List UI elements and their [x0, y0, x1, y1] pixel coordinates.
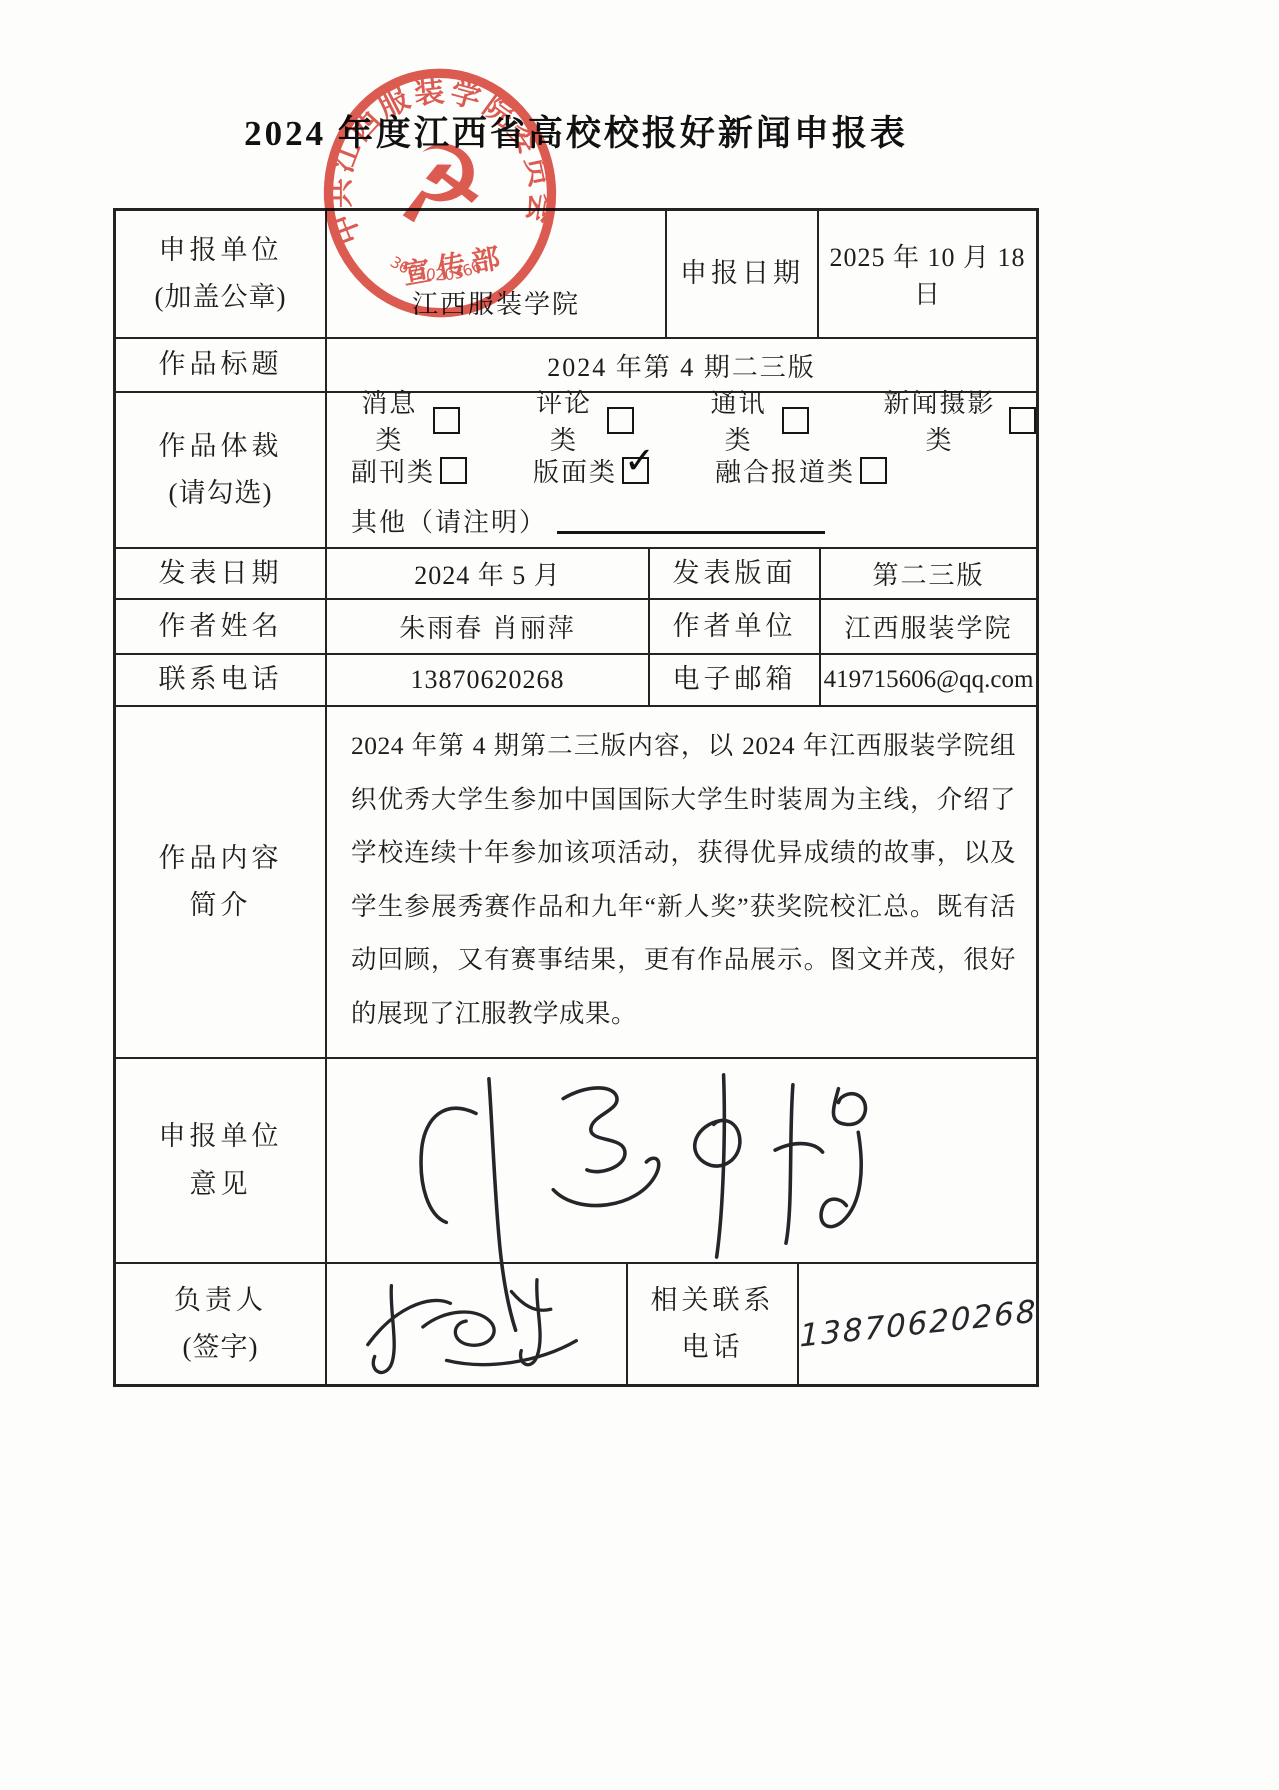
blank-underline [557, 507, 825, 534]
opinion-handwriting-cell [325, 1059, 1036, 1262]
row-summary: 作品内容 简介 2024 年第 4 期第二三版内容，以 2024 年江西服装学院… [116, 705, 1036, 1057]
row-publish: 发表日期 2024 年 5 月 发表版面 第二三版 [116, 547, 1036, 598]
declare-unit-value: 江西服装学院 [325, 211, 665, 337]
application-table: 申报单位 (加盖公章) 江西服装学院 申报日期 2025 年 10 月 18 日… [113, 208, 1039, 1387]
genre-option-checked: 版面类 ✓ [533, 452, 649, 489]
document-title: 2024 年度江西省高校校报好新闻申报表 [113, 106, 1039, 156]
responsible-signature-cell [325, 1264, 626, 1384]
declare-unit-label: 申报单位 (加盖公章) [116, 211, 325, 337]
checkbox [433, 407, 460, 434]
genre-line-1: 消息类 评论类 通讯类 新闻摄影类 [351, 395, 1036, 445]
checkbox [860, 457, 887, 484]
row-declare-unit: 申报单位 (加盖公章) 江西服装学院 申报日期 2025 年 10 月 18 日 [116, 211, 1036, 337]
checkbox [440, 457, 467, 484]
publish-page-value: 第二三版 [819, 549, 1036, 598]
genre-option: 副刊类 [351, 452, 467, 489]
genre-label: 作品体裁 (请勾选) [116, 393, 325, 547]
publish-date-value: 2024 年 5 月 [325, 549, 648, 598]
genre-options: 消息类 评论类 通讯类 新闻摄影类 [325, 393, 1036, 547]
declare-date-label: 申报日期 [665, 211, 817, 337]
genre-option: 融合报道类 [715, 452, 887, 489]
genre-option: 新闻摄影类 [875, 383, 1036, 457]
responsible-signature-handwriting [327, 1264, 626, 1384]
author-name-value: 朱雨春 肖丽萍 [325, 600, 648, 653]
publish-page-label: 发表版面 [648, 549, 819, 598]
contact-phone-label: 联系电话 [116, 655, 325, 705]
summary-text: 2024 年第 4 期第二三版内容，以 2024 年江西服装学院组织优秀大学生参… [325, 707, 1036, 1057]
author-unit-value: 江西服装学院 [819, 600, 1036, 653]
declare-date-value: 2025 年 10 月 18 日 [817, 211, 1036, 337]
contact-email-value: 419715606@qq.com [819, 655, 1036, 705]
row-opinion: 申报单位 意见 [116, 1057, 1036, 1262]
checkbox [607, 407, 634, 434]
checkbox [1009, 407, 1036, 434]
genre-other: 其他（请注明） [351, 495, 825, 545]
row-genre: 作品体裁 (请勾选) 消息类 评论类 通讯类 [116, 391, 1036, 547]
checkbox [782, 407, 809, 434]
contact-phone-value: 13870620268 [325, 655, 648, 705]
opinion-label: 申报单位 意见 [116, 1059, 325, 1262]
author-name-label: 作者姓名 [116, 600, 325, 653]
checkbox-checked: ✓ [622, 457, 649, 484]
scanned-application-form: 2024 年度江西省高校校报好新闻申报表 中共江西服装学院委员会 ☭ 宣传部 3… [0, 0, 1279, 1790]
row-author: 作者姓名 朱雨春 肖丽萍 作者单位 江西服装学院 [116, 598, 1036, 653]
genre-line-2: 副刊类 版面类 ✓ 融合报道类 [351, 445, 887, 495]
handwritten-phone: 13870620268 [800, 1293, 1038, 1354]
checkmark: ✓ [624, 442, 657, 479]
publish-date-label: 发表日期 [116, 549, 325, 598]
contact-email-label: 电子邮箱 [648, 655, 819, 705]
work-title-label: 作品标题 [116, 339, 325, 391]
approval-handwriting [327, 1059, 1036, 1262]
row-responsible: 负责人 (签字) 相关联系 电话 [116, 1262, 1036, 1384]
row-contact: 联系电话 13870620268 电子邮箱 419715606@qq.com [116, 653, 1036, 705]
summary-label: 作品内容 简介 [116, 707, 325, 1057]
related-phone-label: 相关联系 电话 [626, 1264, 797, 1384]
author-unit-label: 作者单位 [648, 600, 819, 653]
responsible-label: 负责人 (签字) [116, 1264, 325, 1384]
related-phone-value: 13870620268 [797, 1264, 1038, 1384]
